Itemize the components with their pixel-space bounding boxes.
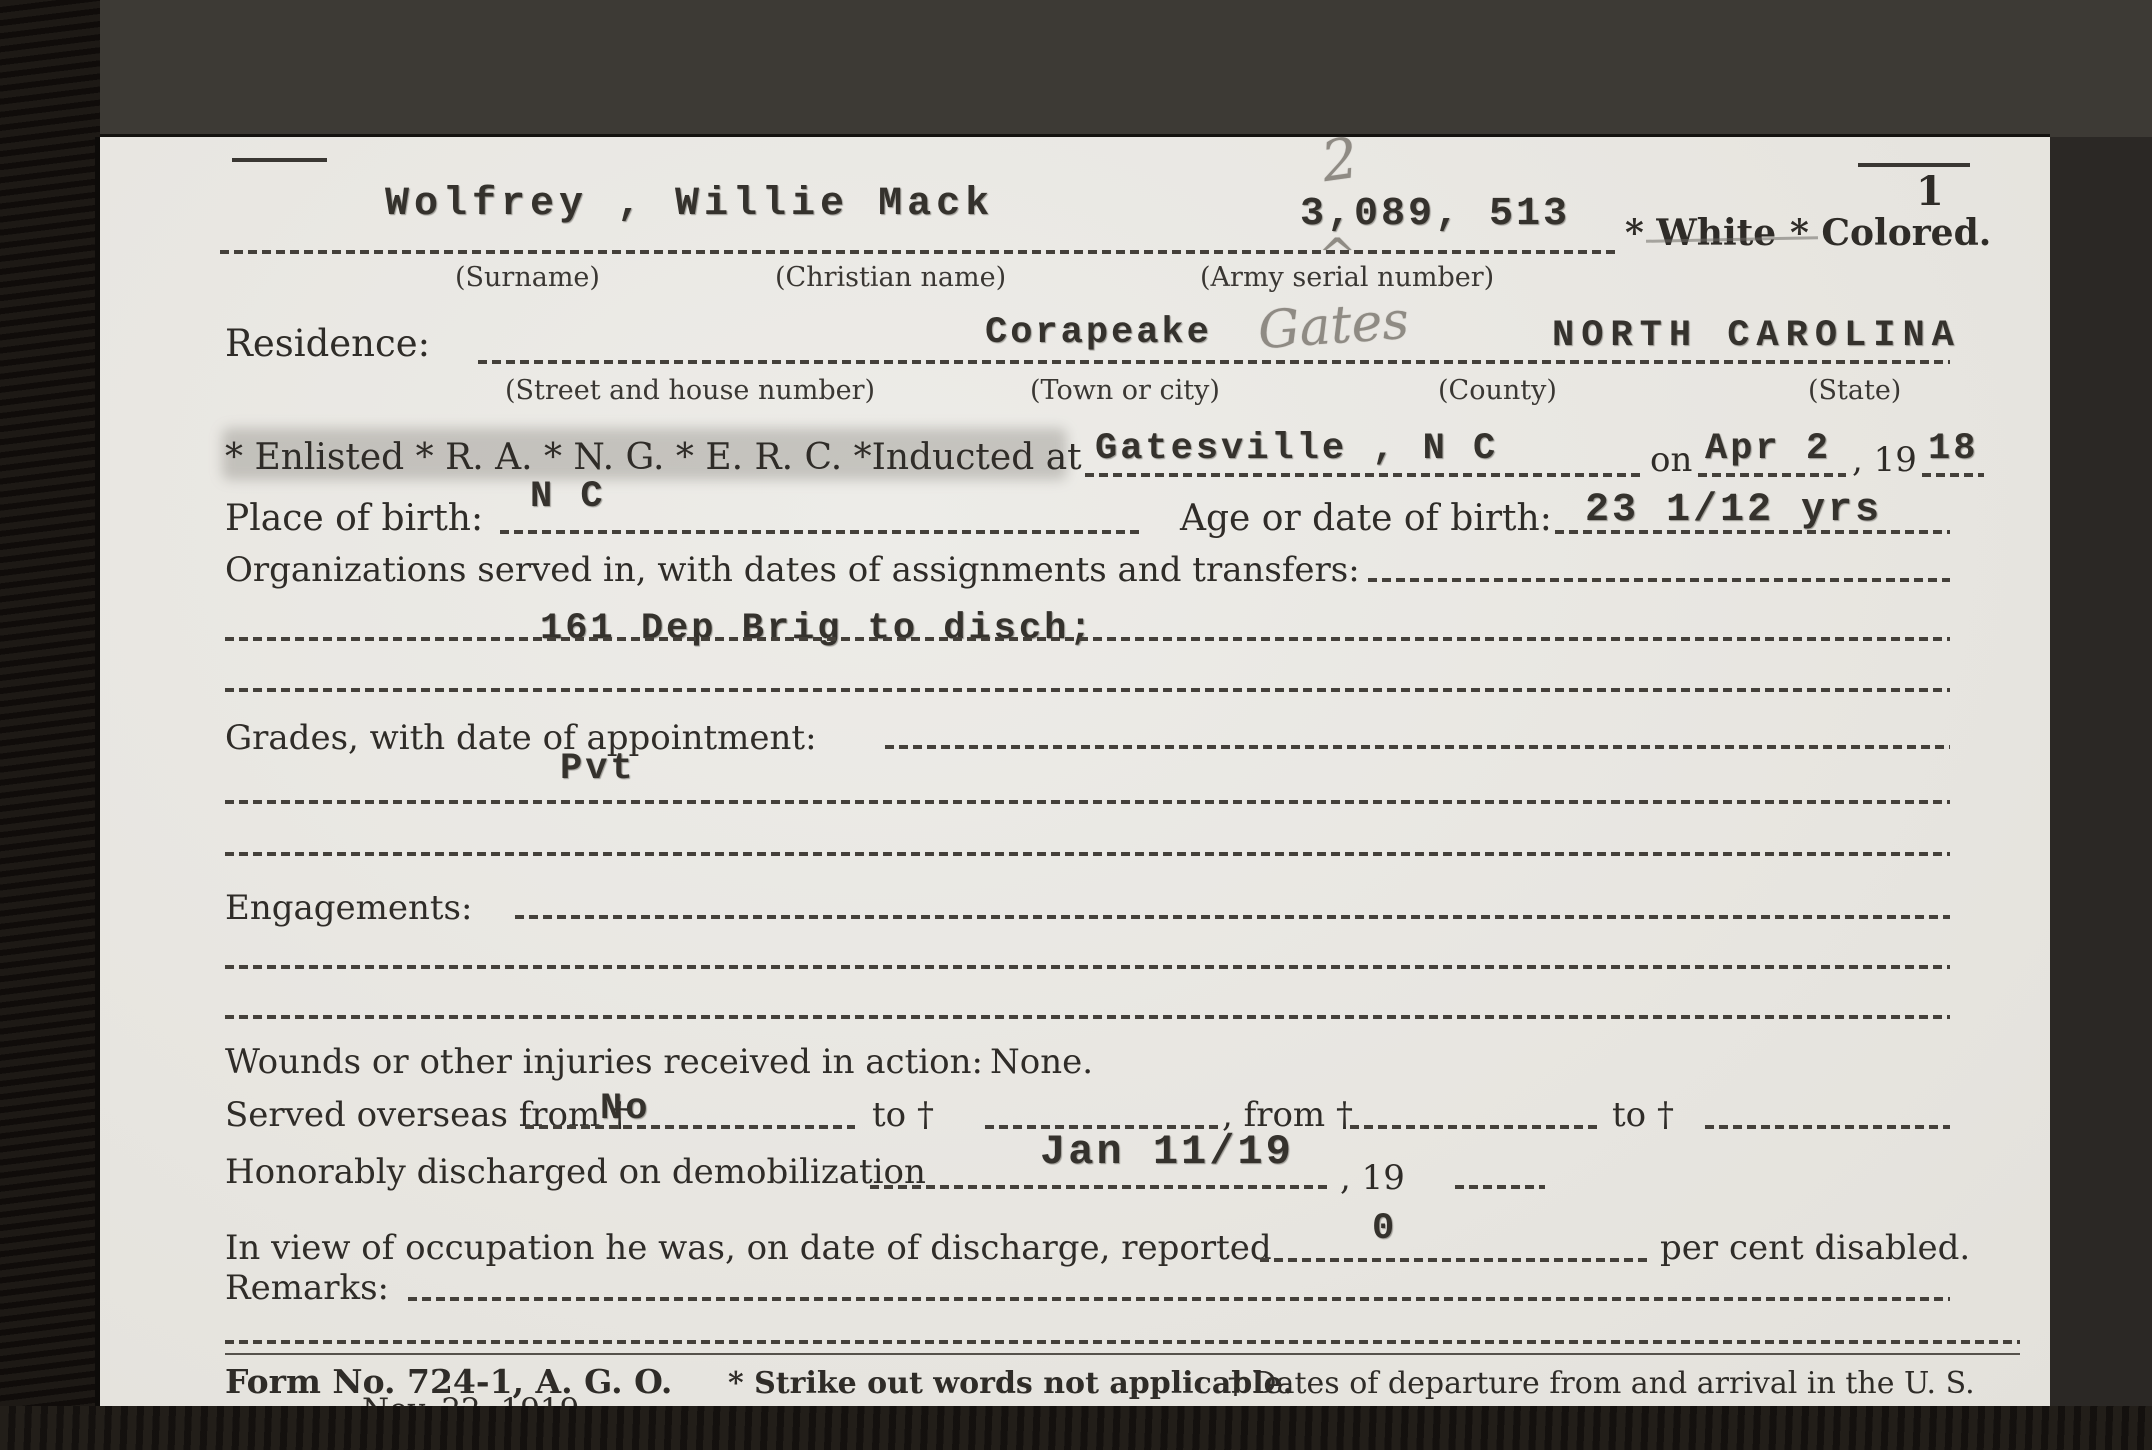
footer-dashed-rule (225, 1340, 2020, 1344)
organizations-rule-2 (225, 637, 1950, 641)
soldier-name: Wolfrey , Willie Mack (385, 182, 994, 227)
inducted-place: Gatesville , N C (1095, 428, 1498, 470)
scanned-service-card: 1 Wolfrey , Willie Mack 2 3,089, 513 ^ *… (0, 0, 2152, 1450)
organizations-value: 161 Dep Brig to disch; (540, 608, 1094, 650)
disabled-rule (1260, 1258, 1650, 1262)
engagements-rule-3 (225, 1015, 1950, 1019)
grades-rule-1 (885, 745, 1950, 749)
scan-right-edge (2050, 137, 2152, 1406)
birth-place-value: N C (530, 476, 606, 518)
wounds-value: None. (990, 1042, 1093, 1082)
residence-label: Residence: (225, 322, 430, 365)
top-left-mark (232, 158, 327, 162)
page-number: 1 (1916, 168, 1944, 215)
christian-name-label: (Christian name) (775, 262, 1006, 293)
scan-top-edge (100, 0, 2152, 137)
birth-place-rule (500, 530, 1140, 534)
footer-solid-rule (225, 1353, 2020, 1355)
overseas-rule-4 (1705, 1125, 1950, 1129)
residence-rule (478, 360, 1950, 364)
engagements-rule-2 (225, 965, 1950, 969)
race-option-colored: * Colored. (1790, 212, 1991, 254)
disabled-label: In view of occupation he was, on date of… (225, 1228, 1272, 1268)
remarks-label: Remarks: (225, 1268, 389, 1308)
scan-bottom-edge (0, 1406, 2152, 1450)
engagements-rule-1 (515, 915, 1950, 919)
residence-town: Corapeake (985, 312, 1212, 354)
county-label: (County) (1438, 375, 1557, 406)
overseas-to1-label: to † (872, 1095, 934, 1135)
overseas-value: No (600, 1088, 650, 1130)
discharge-year-printed: , 19 (1340, 1158, 1405, 1198)
year-19-printed: , 19 (1852, 440, 1917, 480)
town-label: (Town or city) (1030, 375, 1220, 406)
serial-number-label: (Army serial number) (1200, 262, 1494, 293)
state-label: (State) (1808, 375, 1901, 406)
overseas-rule-3 (1350, 1125, 1600, 1129)
grades-rule-2 (225, 800, 1950, 804)
discharge-date: Jan 11/19 (1040, 1128, 1294, 1176)
discharge-rule (870, 1185, 1332, 1189)
enlisted-inducted-label: * Enlisted * R. A. * N. G. * E. R. C. *I… (225, 437, 1082, 478)
disabled-suffix: per cent disabled. (1660, 1228, 1970, 1268)
organizations-rule-1 (1368, 578, 1950, 582)
age-rule (1555, 530, 1950, 534)
remarks-rule (408, 1297, 1950, 1301)
birth-place-label: Place of birth: (225, 498, 483, 539)
inducted-year: 18 (1928, 428, 1978, 470)
discharge-label: Honorably discharged on demobilization (225, 1152, 926, 1192)
on-label: on (1650, 440, 1692, 480)
engagements-label: Engagements: (225, 888, 472, 928)
organizations-label: Organizations served in, with dates of a… (225, 550, 1360, 590)
age-value: 23 1/12 yrs (1585, 488, 1882, 533)
overseas-from1-label: Served overseas from † (225, 1095, 628, 1135)
race-option-white: * White (1625, 212, 1776, 254)
surname-label: (Surname) (455, 262, 600, 293)
overseas-rule-1 (525, 1125, 855, 1129)
inducted-date: Apr 2 (1705, 428, 1831, 470)
residence-county-pencil: Gates (1256, 291, 1411, 361)
inducted-year-rule (1922, 473, 1984, 477)
overseas-to2-label: to † (1612, 1095, 1674, 1135)
discharge-year-rule (1455, 1185, 1545, 1189)
organizations-rule-3 (225, 688, 1950, 692)
inducted-place-rule (1085, 473, 1640, 477)
disabled-percent-value: 0 (1372, 1208, 1397, 1250)
wounds-label: Wounds or other injuries received in act… (225, 1042, 983, 1082)
grades-value: Pvt (560, 748, 636, 790)
scan-left-edge (0, 0, 100, 1450)
age-label: Age or date of birth: (1180, 498, 1552, 539)
footnote-strike-out: * Strike out words not applicable. (728, 1366, 1293, 1401)
inducted-date-rule (1698, 473, 1846, 477)
residence-state: NORTH CAROLINA (1552, 315, 1961, 357)
grades-label: Grades, with date of appointment: (225, 718, 817, 758)
footnote-dagger: † Dates of departure from and arrival in… (1228, 1366, 1975, 1401)
page-number-overline (1858, 163, 1970, 167)
grades-rule-3 (225, 852, 1950, 856)
street-label: (Street and house number) (505, 375, 875, 406)
name-rule (220, 250, 1618, 254)
